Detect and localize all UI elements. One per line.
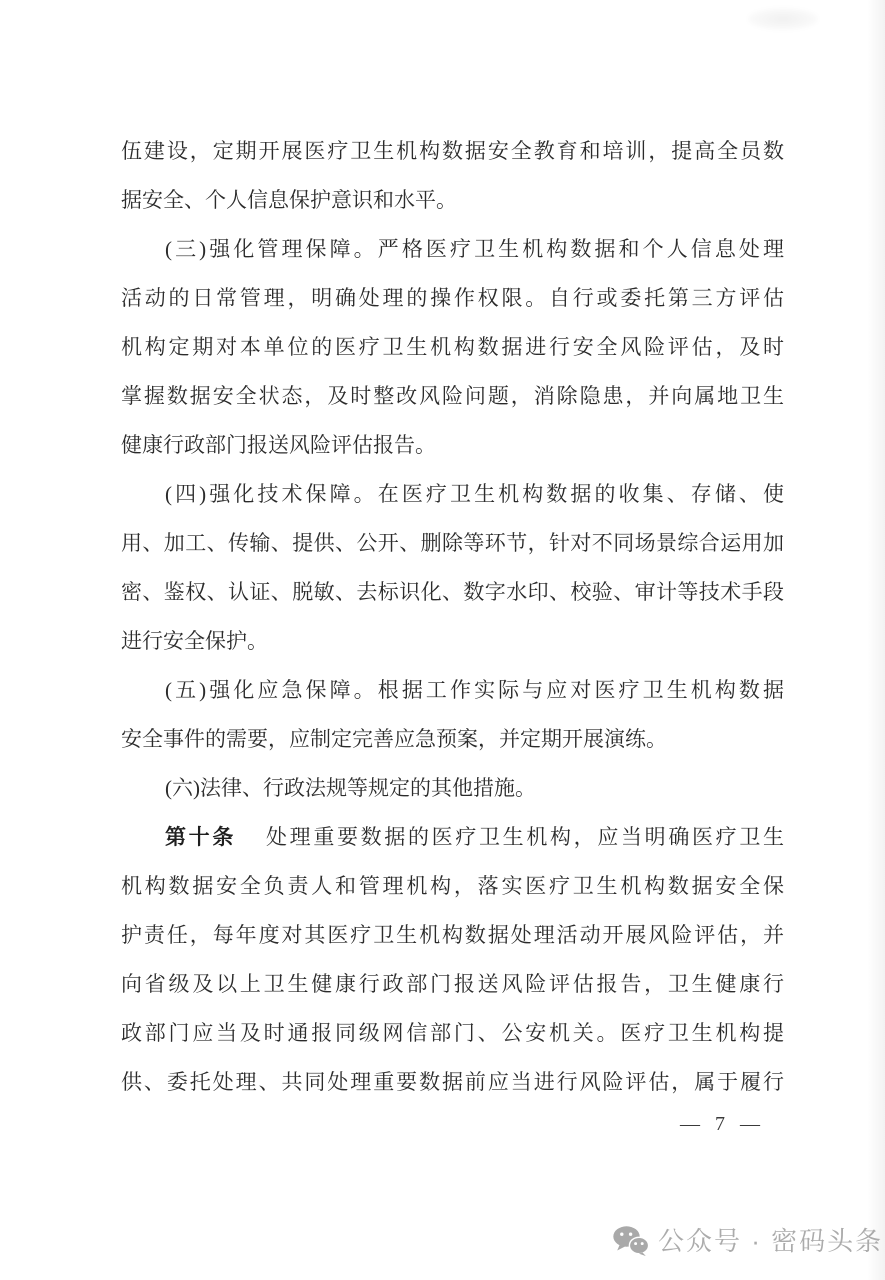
page-number: — 7 — <box>636 1108 804 1140</box>
article-text: 处理重要数据的医疗卫生机构，应当明确医疗卫生 <box>266 825 784 849</box>
text-line: 安全事件的需要，应制定完善应急预案，并定期开展演练。 <box>121 715 784 764</box>
document-body: 伍建设，定期开展医疗卫生机构数据安全教育和培训，提高全员数 据安全、个人信息保护… <box>121 127 784 1107</box>
text-line: 进行安全保护。 <box>121 617 784 666</box>
text-line: 供、委托处理、共同处理重要数据前应当进行风险评估，属于履行 <box>121 1058 784 1107</box>
text-line: (四)强化技术保障。在医疗卫生机构数据的收集、存储、使 <box>121 470 784 519</box>
article-number: 第十条 <box>165 825 236 849</box>
text-line: 健康行政部门报送风险评估报告。 <box>121 421 784 470</box>
watermark: 公众号 · 密码头条 <box>613 1226 883 1256</box>
text-line: 护责任，每年度对其医疗卫生机构数据处理活动开展风险评估，并 <box>121 911 784 960</box>
text-line: 密、鉴权、认证、脱敏、去标识化、数字水印、校验、审计等技术手段 <box>121 568 784 617</box>
text-line: 政部门应当及时通报同级网信部门、公安机关。医疗卫生机构提 <box>121 1009 784 1058</box>
text-line: 机构数据安全负责人和管理机构，落实医疗卫生机构数据安全保 <box>121 862 784 911</box>
text-line: 活动的日常管理，明确处理的操作权限。自行或委托第三方评估 <box>121 274 784 323</box>
text-line-article-10: 第十条处理重要数据的医疗卫生机构，应当明确医疗卫生 <box>121 813 784 862</box>
text-line: 向省级及以上卫生健康行政部门报送风险评估报告，卫生健康行 <box>121 960 784 1009</box>
text-line: 据安全、个人信息保护意识和水平。 <box>121 176 784 225</box>
text-line: 掌握数据安全状态，及时整改风险问题，消除隐患，并向属地卫生 <box>121 372 784 421</box>
text-line: (六)法律、行政法规等规定的其他措施。 <box>121 764 784 813</box>
watermark-text: 公众号 · 密码头条 <box>658 1226 883 1256</box>
text-line: 伍建设，定期开展医疗卫生机构数据安全教育和培训，提高全员数 <box>121 127 784 176</box>
document-page: 伍建设，定期开展医疗卫生机构数据安全教育和培训，提高全员数 据安全、个人信息保护… <box>0 0 885 1280</box>
wechat-icon <box>613 1226 649 1256</box>
text-line: 机构定期对本单位的医疗卫生机构数据进行安全风险评估，及时 <box>121 323 784 372</box>
text-line: (三)强化管理保障。严格医疗卫生机构数据和个人信息处理 <box>121 225 784 274</box>
text-line: 用、加工、传输、提供、公开、删除等环节，针对不同场景综合运用加 <box>121 519 784 568</box>
scan-artifact <box>748 8 818 30</box>
text-line: (五)强化应急保障。根据工作实际与应对医疗卫生机构数据 <box>121 666 784 715</box>
